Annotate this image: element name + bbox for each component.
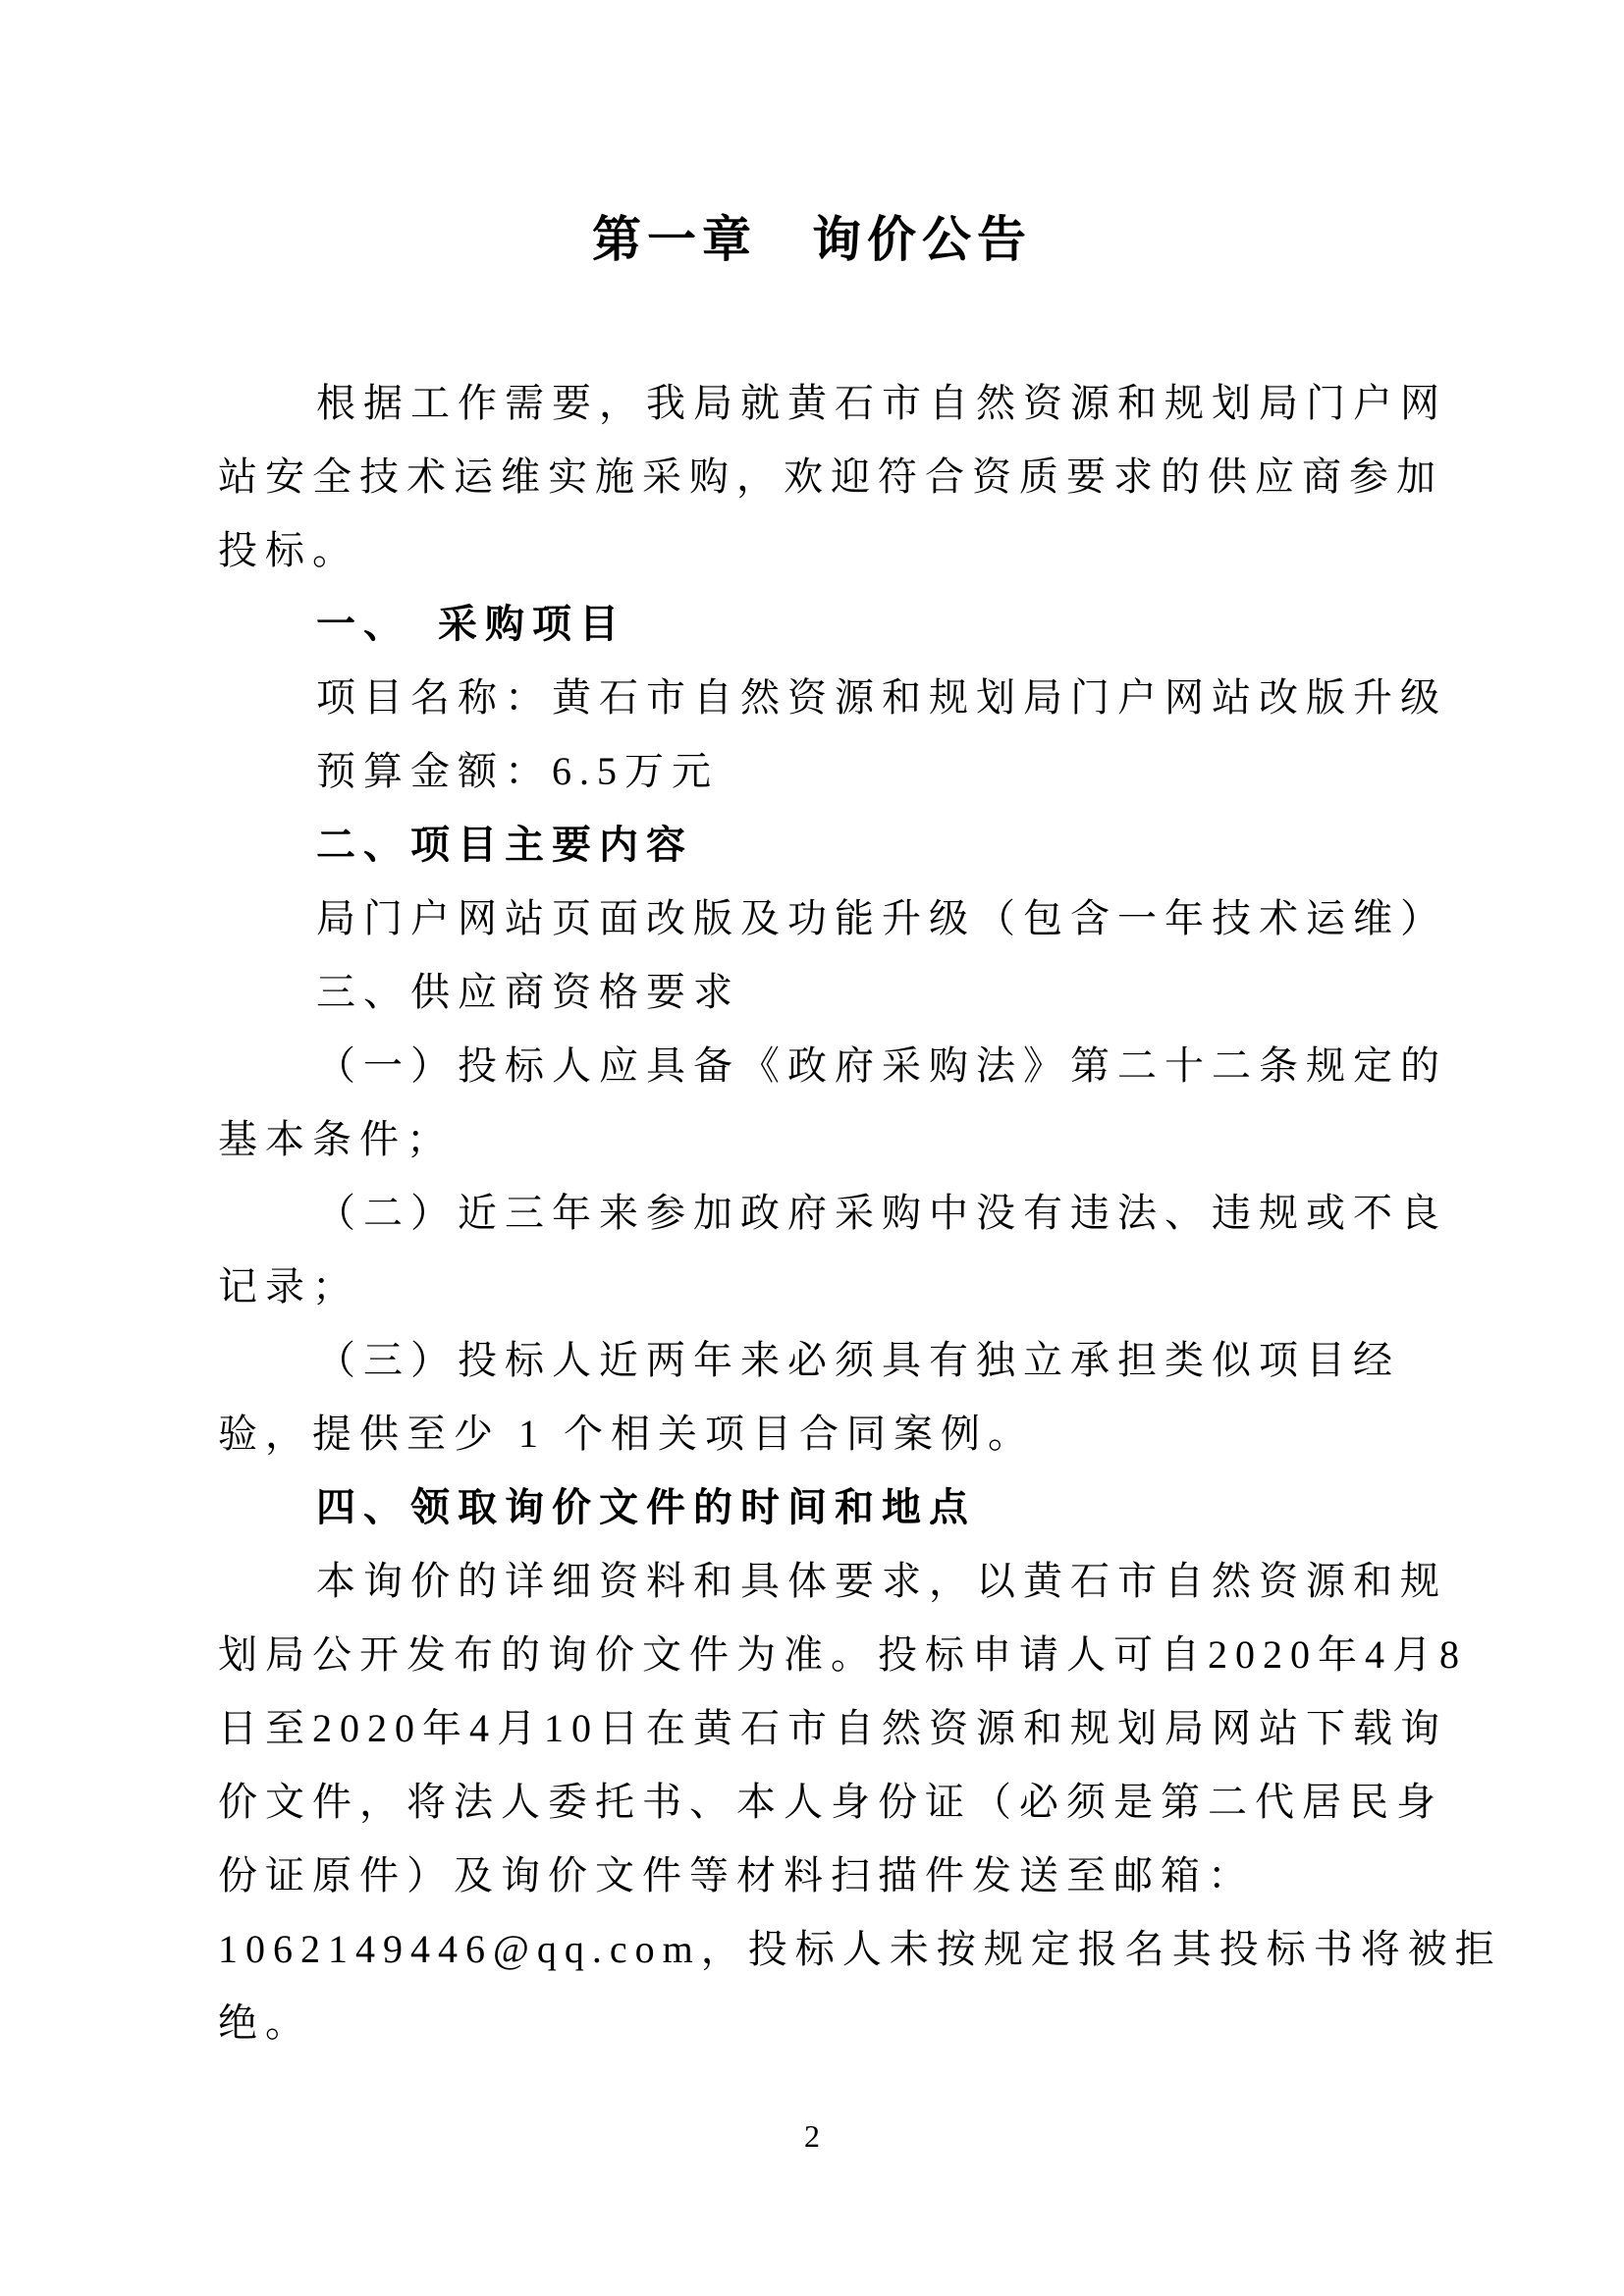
text-line: 绝。 bbox=[218, 1986, 1451, 2059]
text-line: （一）投标人应具备《政府采购法》第二十二条规定的 bbox=[218, 1029, 1451, 1102]
chapter-title: 第一章 询价公告 bbox=[0, 0, 1624, 268]
text-line: 1062149446@qq.com，投标人未按规定报名其投标书将被拒 bbox=[218, 1912, 1451, 1986]
text-line: 日至2020年4月10日在黄石市自然资源和规划局网站下载询 bbox=[218, 1691, 1451, 1765]
text-line: （三）投标人近两年来必须具有独立承担类似项目经 bbox=[218, 1323, 1451, 1397]
text-line: 二、项目主要内容 bbox=[218, 808, 1451, 881]
document-body: 根据工作需要，我局就黄石市自然资源和规划局门户网站安全技术运维实施采购，欢迎符合… bbox=[0, 366, 1624, 2059]
text-line: 三、供应商资格要求 bbox=[218, 955, 1451, 1029]
text-line: 局门户网站页面改版及功能升级（包含一年技术运维） bbox=[218, 881, 1451, 955]
text-line: 本询价的详细资料和具体要求，以黄石市自然资源和规 bbox=[218, 1544, 1451, 1618]
text-line: 记录； bbox=[218, 1250, 1451, 1323]
text-line: 划局公开发布的询价文件为准。投标申请人可自2020年4月8 bbox=[218, 1618, 1451, 1691]
text-line: 价文件，将法人委托书、本人身份证（必须是第二代居民身 bbox=[218, 1765, 1451, 1839]
text-line: 项目名称：黄石市自然资源和规划局门户网站改版升级 bbox=[218, 661, 1451, 734]
text-line: 基本条件； bbox=[218, 1102, 1451, 1176]
text-line: 份证原件）及询价文件等材料扫描件发送至邮箱： bbox=[218, 1839, 1451, 1912]
text-line: （二）近三年来参加政府采购中没有违法、违规或不良 bbox=[218, 1176, 1451, 1250]
document-page: 第一章 询价公告 根据工作需要，我局就黄石市自然资源和规划局门户网站安全技术运维… bbox=[0, 0, 1624, 2296]
text-line: 预算金额：6.5万元 bbox=[218, 734, 1451, 808]
text-line: 一、 采购项目 bbox=[218, 587, 1451, 661]
text-line: 站安全技术运维实施采购，欢迎符合资质要求的供应商参加 bbox=[218, 440, 1451, 513]
text-line: 根据工作需要，我局就黄石市自然资源和规划局门户网 bbox=[218, 366, 1451, 440]
text-line: 验，提供至少 1 个相关项目合同案例。 bbox=[218, 1397, 1451, 1470]
text-line: 四、领取询价文件的时间和地点 bbox=[218, 1470, 1451, 1544]
text-line: 投标。 bbox=[218, 513, 1451, 587]
page-number: 2 bbox=[0, 2118, 1624, 2155]
